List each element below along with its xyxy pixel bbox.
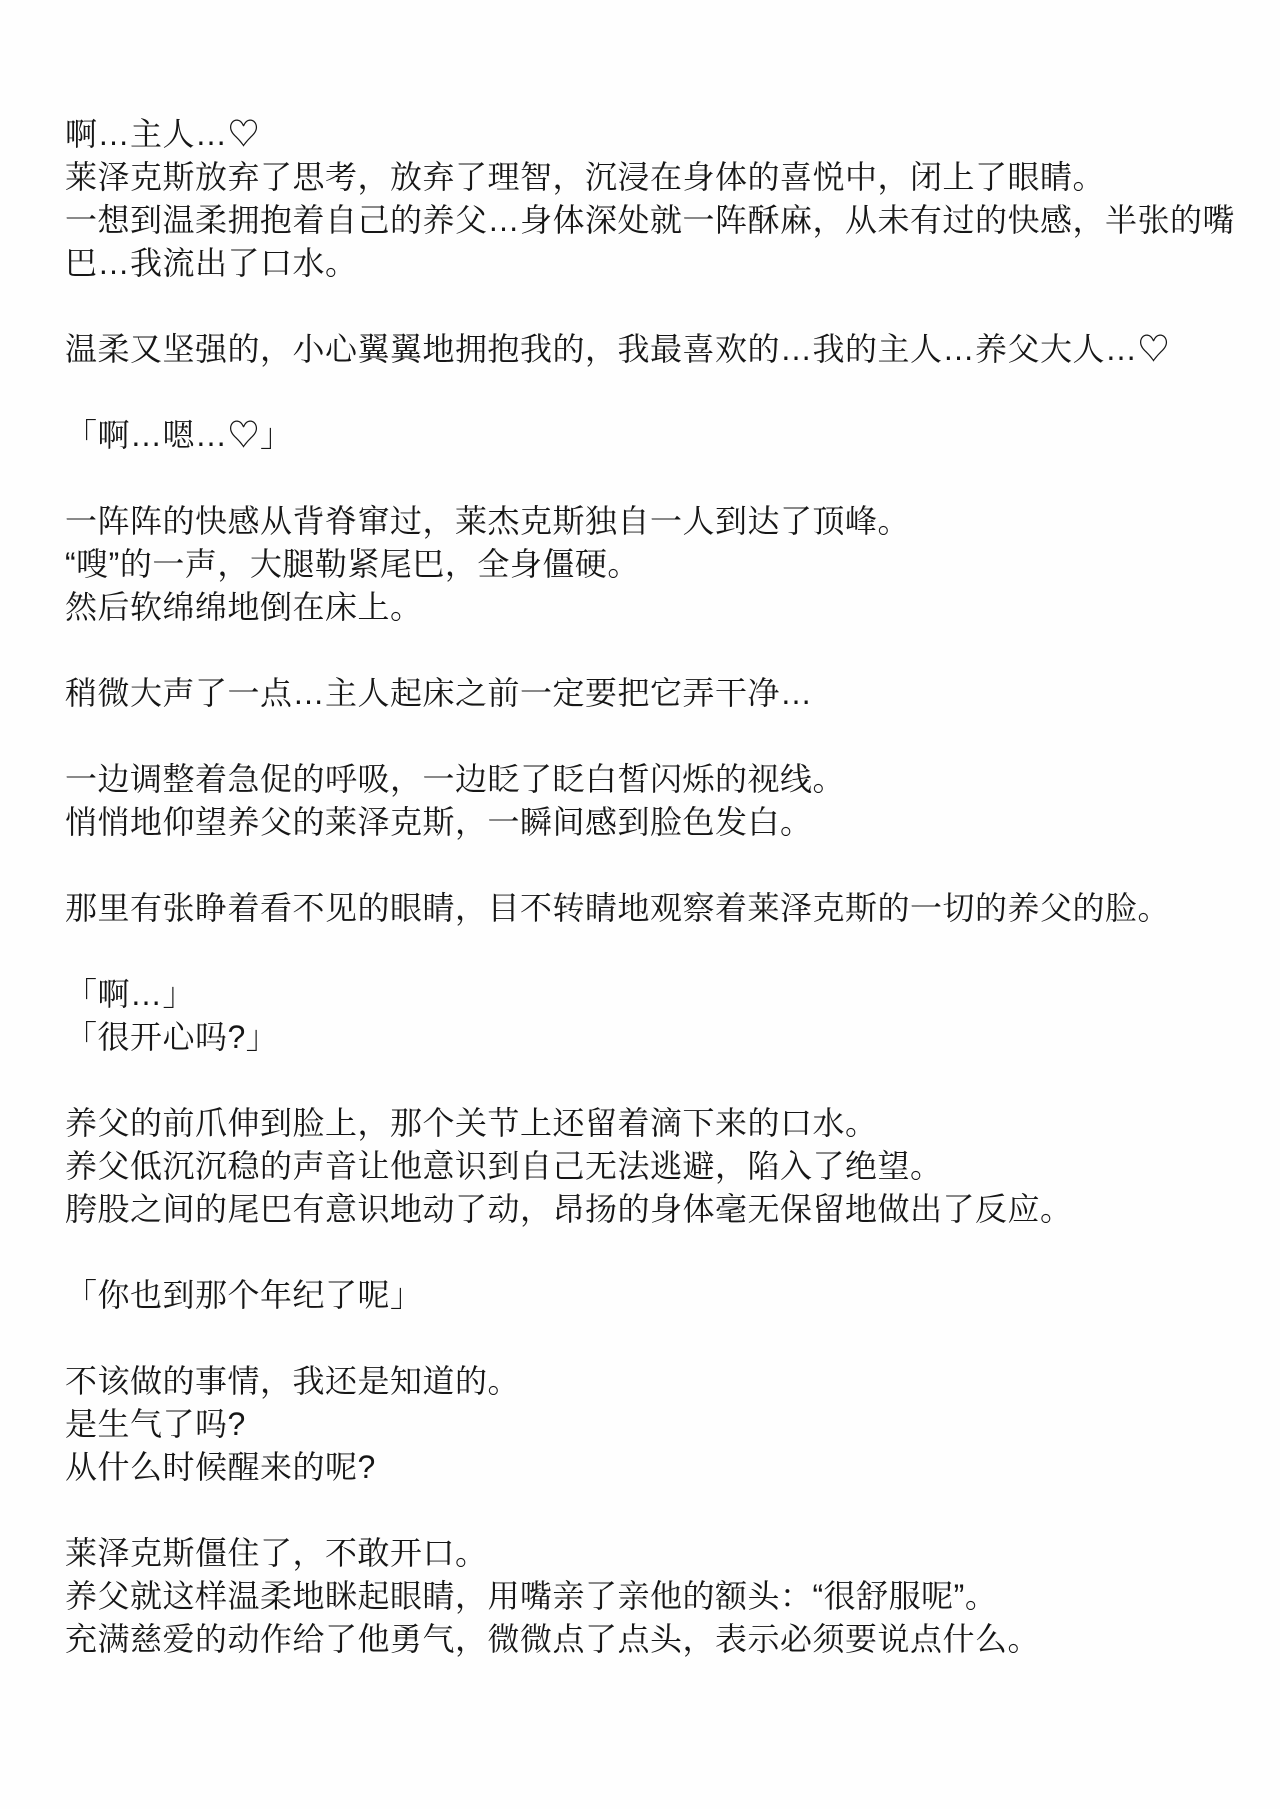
paragraph-gap	[65, 457, 1260, 500]
text-line: 养父就这样温柔地眯起眼睛，用嘴亲了亲他的额头：“很舒服呢”。	[65, 1575, 1260, 1618]
text-line: 「啊…」	[65, 973, 1260, 1016]
paragraph-gap	[65, 629, 1260, 672]
text-line: 胯股之间的尾巴有意识地动了动，昂扬的身体毫无保留地做出了反应。	[65, 1188, 1260, 1231]
text-line: 稍微大声了一点…主人起床之前一定要把它弄干净…	[65, 672, 1260, 715]
paragraph-gap	[65, 1059, 1260, 1102]
text-line: 然后软绵绵地倒在床上。	[65, 586, 1260, 629]
text-line: 充满慈爱的动作给了他勇气，微微点了点头，表示必须要说点什么。	[65, 1618, 1260, 1661]
paragraph-gap	[65, 715, 1260, 758]
paragraph-gap	[65, 1317, 1260, 1360]
text-line: 养父低沉沉稳的声音让他意识到自己无法逃避，陷入了绝望。	[65, 1145, 1260, 1188]
text-line: 温柔又坚强的，小心翼翼地拥抱我的，我最喜欢的…我的主人…养父大人…♡	[65, 328, 1260, 371]
text-block: 啊…主人…♡莱泽克斯放弃了思考，放弃了理智，沉浸在身体的喜悦中，闭上了眼睛。一想…	[65, 113, 1260, 1661]
text-line: “嗖”的一声，大腿勒紧尾巴，全身僵硬。	[65, 543, 1260, 586]
text-line: 「很开心吗?」	[65, 1016, 1260, 1059]
text-line: 悄悄地仰望养父的莱泽克斯，一瞬间感到脸色发白。	[65, 801, 1260, 844]
paragraph-gap	[65, 285, 1260, 328]
document-page: 啊…主人…♡莱泽克斯放弃了思考，放弃了理智，沉浸在身体的喜悦中，闭上了眼睛。一想…	[0, 0, 1280, 1809]
paragraph-gap	[65, 371, 1260, 414]
text-line: 从什么时候醒来的呢?	[65, 1446, 1260, 1489]
text-line: 「你也到那个年纪了呢」	[65, 1274, 1260, 1317]
text-line: 养父的前爪伸到脸上，那个关节上还留着滴下来的口水。	[65, 1102, 1260, 1145]
text-line: 不该做的事情，我还是知道的。	[65, 1360, 1260, 1403]
text-line: 莱泽克斯放弃了思考，放弃了理智，沉浸在身体的喜悦中，闭上了眼睛。	[65, 156, 1260, 199]
text-line: 一想到温柔拥抱着自己的养父…身体深处就一阵酥麻，从未有过的快感，半张的嘴	[65, 199, 1260, 242]
text-line: 是生气了吗?	[65, 1403, 1260, 1446]
text-line: 巴…我流出了口水。	[65, 242, 1260, 285]
paragraph-gap	[65, 844, 1260, 887]
text-line: 啊…主人…♡	[65, 113, 1260, 156]
paragraph-gap	[65, 930, 1260, 973]
paragraph-gap	[65, 1231, 1260, 1274]
text-line: 一边调整着急促的呼吸，一边眨了眨白皙闪烁的视线。	[65, 758, 1260, 801]
paragraph-gap	[65, 1489, 1260, 1532]
text-line: 莱泽克斯僵住了，不敢开口。	[65, 1532, 1260, 1575]
text-line: 一阵阵的快感从背脊窜过，莱杰克斯独自一人到达了顶峰。	[65, 500, 1260, 543]
text-line: 那里有张睁着看不见的眼睛，目不转睛地观察着莱泽克斯的一切的养父的脸。	[65, 887, 1260, 930]
text-line: 「啊…嗯…♡」	[65, 414, 1260, 457]
